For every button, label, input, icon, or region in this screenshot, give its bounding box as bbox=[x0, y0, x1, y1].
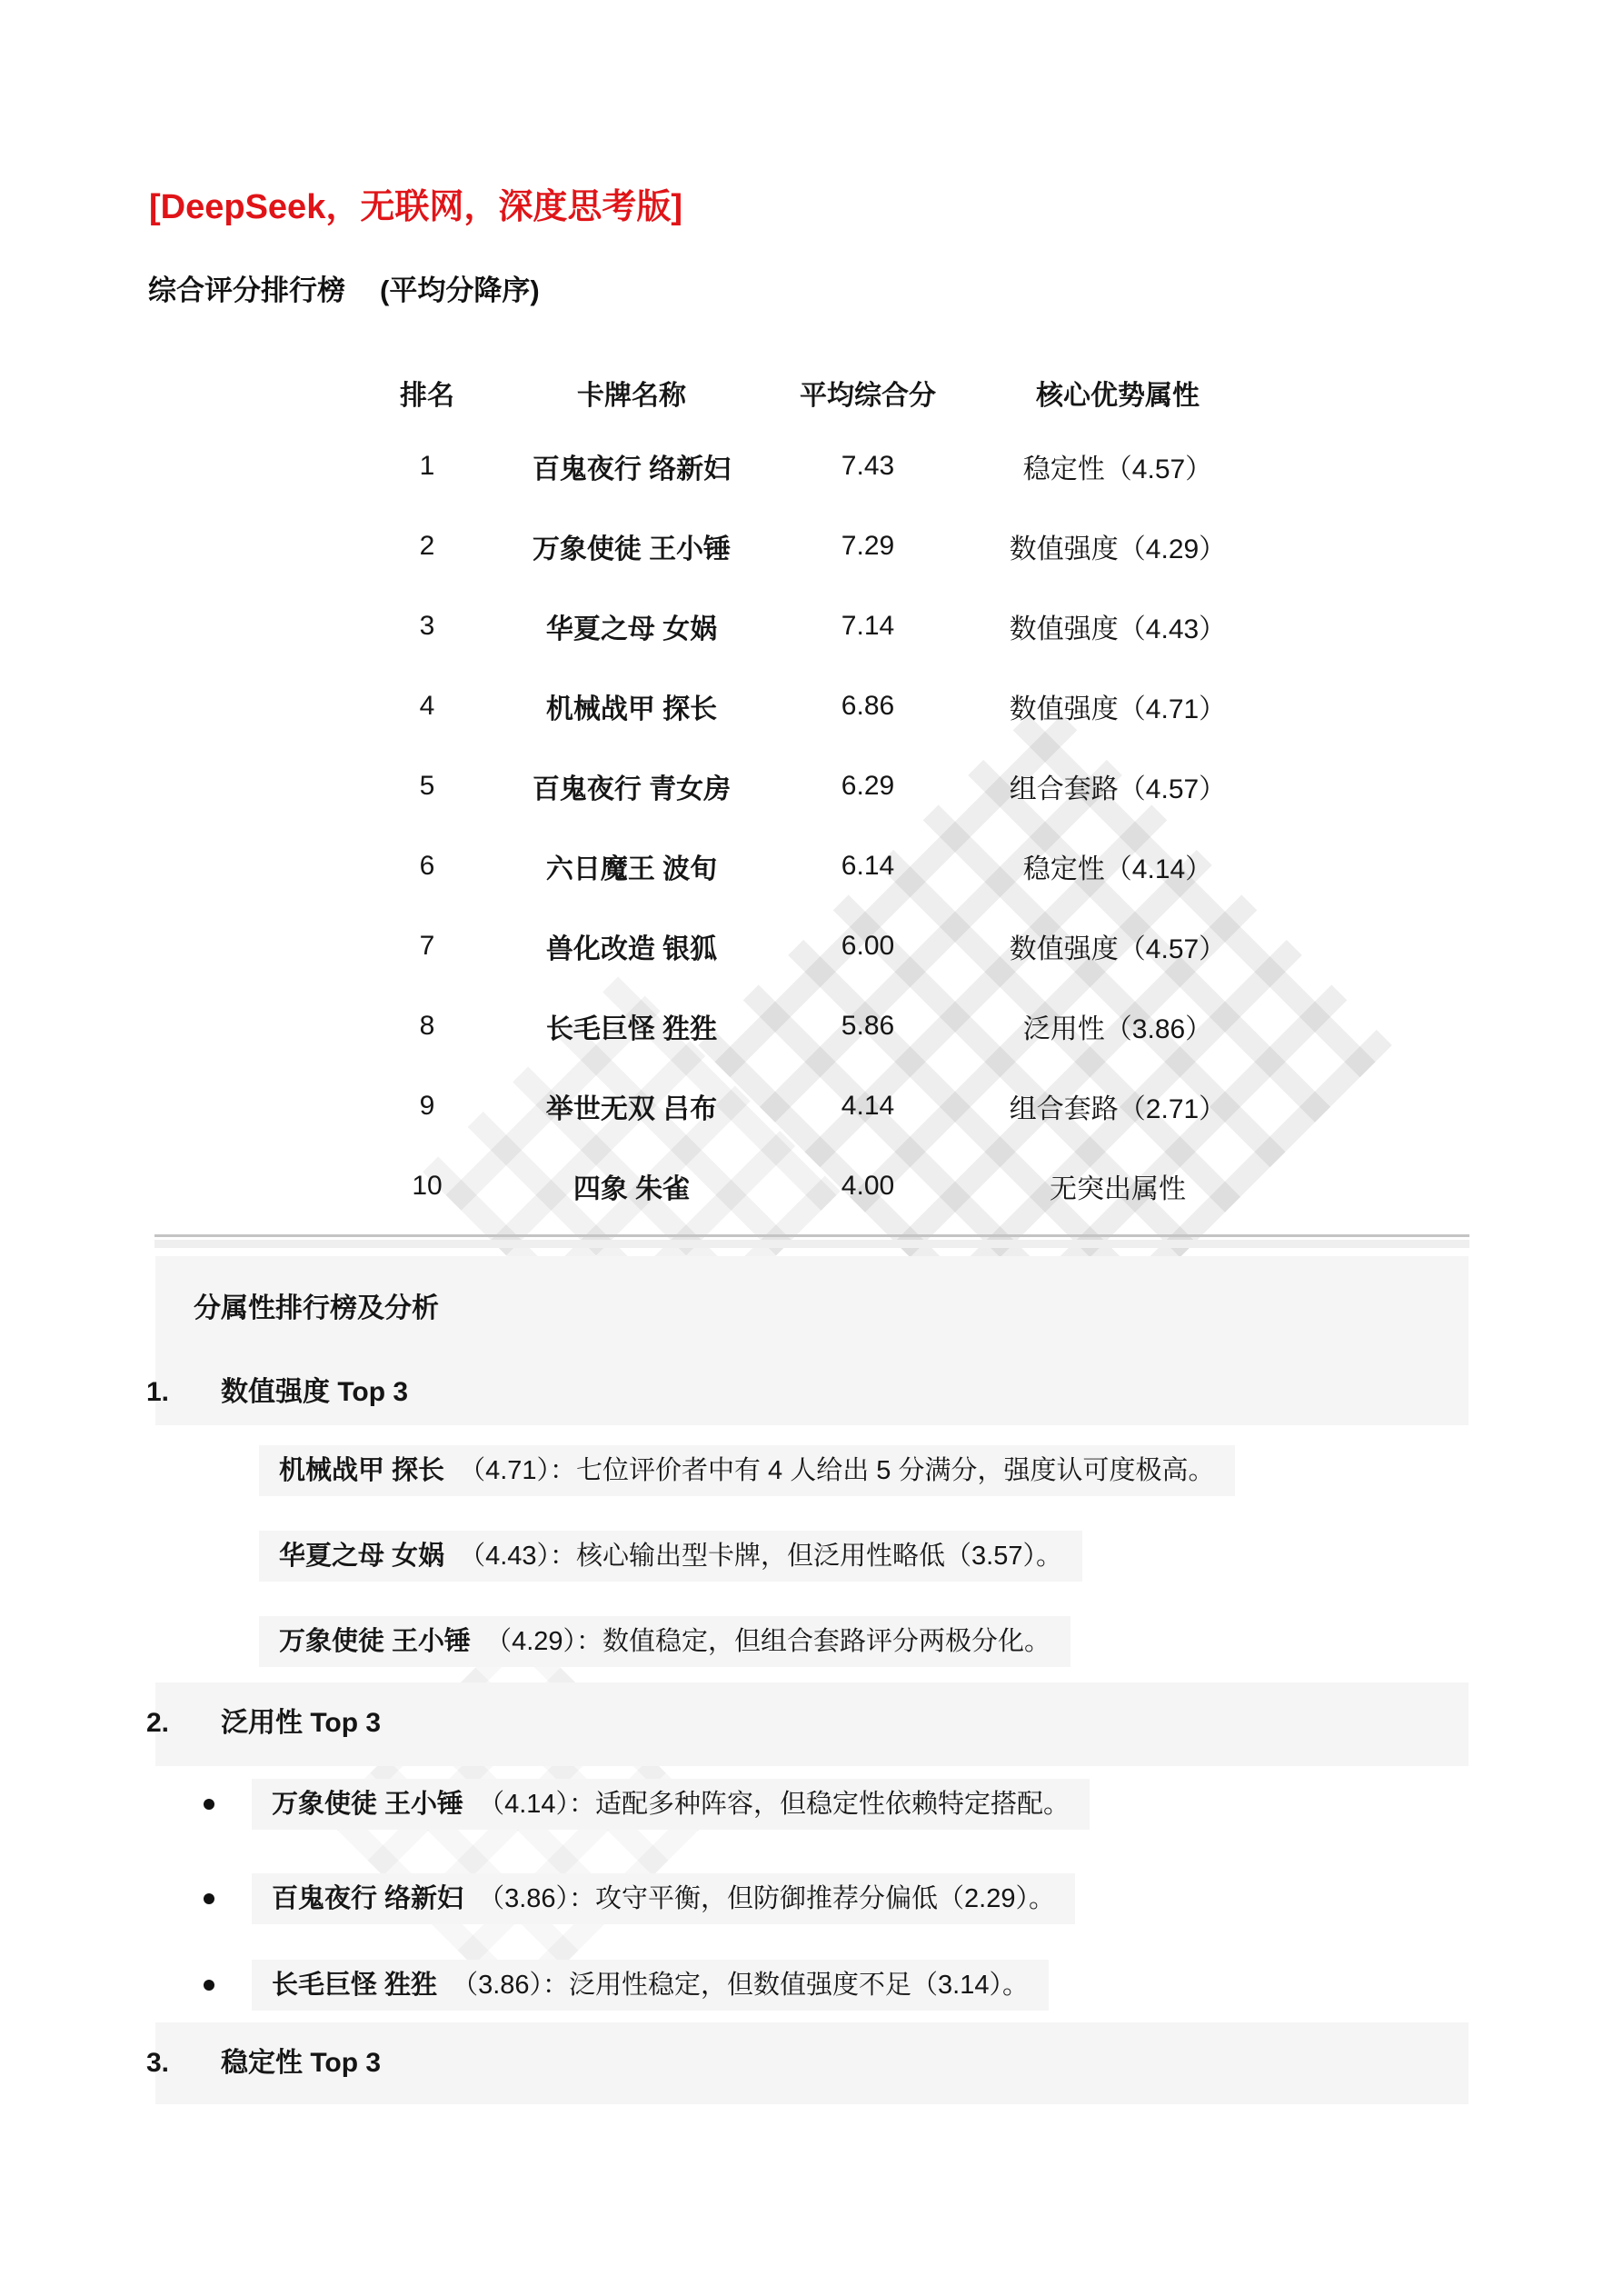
analysis-item: 长毛巨怪 狌狌（3.86）：泛用性稳定，但数值强度不足（3.14）。 bbox=[252, 1960, 1049, 2011]
document-page: [DeepSeek，无联网，深度思考版] 综合评分排行榜(平均分降序) 排名 卡… bbox=[0, 0, 1623, 2296]
card-name: 机械战甲 探长 bbox=[279, 1456, 444, 1485]
section-2-title: 泛用性 Top 3 bbox=[221, 1703, 381, 1743]
table-row: 3 华夏之母 女娲 7.14 数值强度（4.43） bbox=[345, 586, 1254, 666]
section-3-title: 稳定性 Top 3 bbox=[221, 2043, 381, 2083]
cell-rank: 6 bbox=[345, 851, 509, 882]
cell-rank: 5 bbox=[345, 771, 509, 802]
table-row: 8 长毛巨怪 狌狌 5.86 泛用性（3.86） bbox=[345, 986, 1254, 1066]
cell-rank: 4 bbox=[345, 691, 509, 722]
cell-score: 6.86 bbox=[754, 691, 981, 722]
ranking-title-text: 综合评分排行榜 bbox=[148, 275, 345, 306]
table-header-row: 排名 卡牌名称 平均综合分 核心优势属性 bbox=[345, 359, 1254, 426]
table-row: 9 举世无双 吕布 4.14 组合套路（2.71） bbox=[345, 1066, 1254, 1146]
cell-score: 6.00 bbox=[754, 931, 981, 962]
cell-card-name: 六日魔王 波旬 bbox=[509, 846, 754, 886]
cell-score: 4.14 bbox=[754, 1091, 981, 1122]
cell-attribute: 稳定性（4.57） bbox=[981, 446, 1254, 486]
cell-attribute: 数值强度（4.43） bbox=[981, 606, 1254, 646]
ranking-table: 排名 卡牌名称 平均综合分 核心优势属性 1 百鬼夜行 络新妇 7.43 稳定性… bbox=[345, 359, 1254, 1226]
analysis-item: 百鬼夜行 络新妇（3.86）：攻守平衡，但防御推荐分偏低（2.29）。 bbox=[252, 1873, 1075, 1924]
analysis-heading: 分属性排行榜及分析 bbox=[194, 1289, 439, 1329]
cell-card-name: 百鬼夜行 青女房 bbox=[509, 766, 754, 806]
card-comment: （3.86）：泛用性稳定，但数值强度不足（3.14）。 bbox=[452, 1971, 1029, 2000]
table-row: 6 六日魔王 波旬 6.14 稳定性（4.14） bbox=[345, 826, 1254, 906]
cell-attribute: 无突出属性 bbox=[981, 1166, 1254, 1206]
table-row: 1 百鬼夜行 络新妇 7.43 稳定性（4.57） bbox=[345, 426, 1254, 506]
card-comment: （4.29）：数值稳定，但组合套路评分两极分化。 bbox=[485, 1627, 1050, 1656]
col-header-attribute: 核心优势属性 bbox=[981, 373, 1254, 413]
cell-rank: 1 bbox=[345, 451, 509, 482]
cell-score: 4.00 bbox=[754, 1171, 981, 1202]
cell-card-name: 兽化改造 银狐 bbox=[509, 926, 754, 966]
cell-attribute: 泛用性（3.86） bbox=[981, 1006, 1254, 1046]
table-row: 4 机械战甲 探长 6.86 数值强度（4.71） bbox=[345, 666, 1254, 746]
section-divider bbox=[154, 1234, 1469, 1237]
card-comment: （4.43）：核心输出型卡牌，但泛用性略低（3.57）。 bbox=[459, 1542, 1062, 1571]
section-divider-shadow bbox=[154, 1240, 1469, 1248]
model-tag-line: [DeepSeek，无联网，深度思考版] bbox=[149, 178, 682, 228]
bullet-icon bbox=[204, 1799, 214, 1810]
card-name: 百鬼夜行 络新妇 bbox=[272, 1884, 463, 1913]
analysis-item: 万象使徒 王小锤（4.14）：适配多种阵容，但稳定性依赖特定搭配。 bbox=[252, 1779, 1090, 1830]
col-header-rank: 排名 bbox=[345, 373, 509, 413]
cell-attribute: 组合套路（2.71） bbox=[981, 1086, 1254, 1126]
analysis-item: 机械战甲 探长（4.71）：七位评价者中有 4 人给出 5 分满分，强度认可度极… bbox=[259, 1445, 1235, 1496]
table-row: 2 万象使徒 王小锤 7.29 数值强度（4.29） bbox=[345, 506, 1254, 586]
cell-rank: 7 bbox=[345, 931, 509, 962]
cell-card-name: 长毛巨怪 狌狌 bbox=[509, 1006, 754, 1046]
cell-rank: 2 bbox=[345, 531, 509, 562]
section-2-number: 2. bbox=[146, 1703, 169, 1743]
analysis-item: 华夏之母 女娲（4.43）：核心输出型卡牌，但泛用性略低（3.57）。 bbox=[259, 1531, 1082, 1582]
table-row: 7 兽化改造 银狐 6.00 数值强度（4.57） bbox=[345, 906, 1254, 986]
cell-card-name: 万象使徒 王小锤 bbox=[509, 526, 754, 566]
card-name: 万象使徒 王小锤 bbox=[272, 1790, 463, 1819]
cell-score: 7.43 bbox=[754, 451, 981, 482]
table-row: 10 四象 朱雀 4.00 无突出属性 bbox=[345, 1146, 1254, 1226]
section-1-title: 数值强度 Top 3 bbox=[221, 1373, 408, 1413]
section-3-number: 3. bbox=[146, 2043, 169, 2083]
cell-attribute: 数值强度（4.57） bbox=[981, 926, 1254, 966]
card-name: 万象使徒 王小锤 bbox=[279, 1627, 471, 1656]
cell-rank: 3 bbox=[345, 611, 509, 642]
cell-attribute: 组合套路（4.57） bbox=[981, 766, 1254, 806]
col-header-score: 平均综合分 bbox=[754, 373, 981, 413]
cell-score: 7.29 bbox=[754, 531, 981, 562]
card-comment: （4.71）：七位评价者中有 4 人给出 5 分满分，强度认可度极高。 bbox=[459, 1456, 1214, 1485]
cell-card-name: 机械战甲 探长 bbox=[509, 686, 754, 726]
cell-rank: 10 bbox=[345, 1171, 509, 1202]
card-name: 长毛巨怪 狌狌 bbox=[272, 1971, 437, 2000]
cell-score: 6.14 bbox=[754, 851, 981, 882]
cell-attribute: 稳定性（4.14） bbox=[981, 846, 1254, 886]
cell-card-name: 百鬼夜行 络新妇 bbox=[509, 446, 754, 486]
card-name: 华夏之母 女娲 bbox=[279, 1542, 444, 1571]
cell-rank: 8 bbox=[345, 1011, 509, 1042]
cell-attribute: 数值强度（4.29） bbox=[981, 526, 1254, 566]
cell-card-name: 四象 朱雀 bbox=[509, 1166, 754, 1206]
cell-card-name: 华夏之母 女娲 bbox=[509, 606, 754, 646]
ranking-title-note: (平均分降序) bbox=[380, 275, 540, 306]
cell-score: 6.29 bbox=[754, 771, 981, 802]
card-comment: （3.86）：攻守平衡，但防御推荐分偏低（2.29）。 bbox=[478, 1884, 1055, 1913]
ranking-title: 综合评分排行榜(平均分降序) bbox=[148, 267, 540, 308]
cell-score: 7.14 bbox=[754, 611, 981, 642]
cell-attribute: 数值强度（4.71） bbox=[981, 686, 1254, 726]
content-layer: [DeepSeek，无联网，深度思考版] 综合评分排行榜(平均分降序) 排名 卡… bbox=[0, 0, 1623, 2296]
analysis-item: 万象使徒 王小锤（4.29）：数值稳定，但组合套路评分两极分化。 bbox=[259, 1616, 1070, 1667]
bullet-icon bbox=[204, 1893, 214, 1904]
section-1-number: 1. bbox=[146, 1373, 169, 1413]
card-comment: （4.14）：适配多种阵容，但稳定性依赖特定搭配。 bbox=[478, 1790, 1070, 1819]
table-row: 5 百鬼夜行 青女房 6.29 组合套路（4.57） bbox=[345, 746, 1254, 826]
bullet-icon bbox=[204, 1980, 214, 1991]
cell-card-name: 举世无双 吕布 bbox=[509, 1086, 754, 1126]
cell-score: 5.86 bbox=[754, 1011, 981, 1042]
col-header-name: 卡牌名称 bbox=[509, 373, 754, 413]
cell-rank: 9 bbox=[345, 1091, 509, 1122]
